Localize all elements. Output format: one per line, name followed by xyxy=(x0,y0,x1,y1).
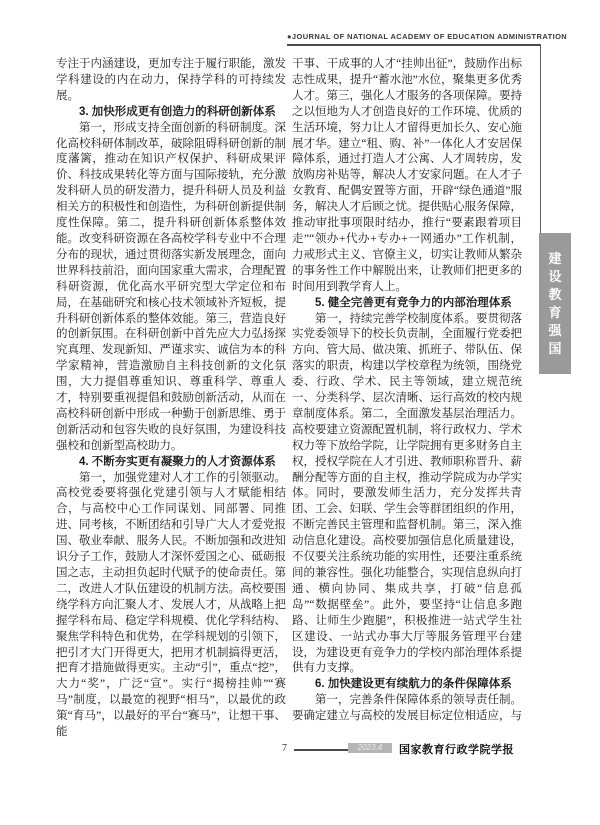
paragraph: 第一，持续完善学校制度体系。要贯彻落实党委领导下的校长负责制，全面履行党委把方向… xyxy=(292,312,522,678)
paragraph: 干事、干成事的人才“挂帅出征”，鼓励作出标志性成果，提升“蓄水池”水位，聚集更多… xyxy=(292,57,522,296)
issue-badge: 2023.4 xyxy=(348,743,392,753)
paragraph: 专注于内涵建设，更加专注于履行职能，激发学科建设的内在动力，保持学科的可持续发展… xyxy=(56,57,286,105)
section-heading: 4. 不断夯实更有凝聚力的人才资源体系 xyxy=(56,455,286,471)
margin-rule xyxy=(540,44,541,233)
header-rule xyxy=(287,44,541,46)
text-column-right: 干事、干成事的人才“挂帅出征”，鼓励作出标志性成果，提升“蓄水池”水位，聚集更多… xyxy=(292,57,522,725)
page-footer: 7 2023.4 国家教育行政学院学报 xyxy=(0,741,600,759)
section-heading: 5. 健全完善更有竞争力的内部治理体系 xyxy=(292,296,522,312)
section-tab-char: 设 xyxy=(548,270,561,283)
section-tab: 建设教育强国 xyxy=(539,233,571,374)
footer-rule xyxy=(294,749,348,751)
journal-title-en: ●JOURNAL OF NATIONAL ACADEMY OF EDUCATIO… xyxy=(287,32,567,41)
paragraph: 第一，形成支持全面创新的科研制度。深化高校科研体制改革，破除阻碍科研创新的制度藩… xyxy=(56,121,286,455)
journal-page: ●JOURNAL OF NATIONAL ACADEMY OF EDUCATIO… xyxy=(0,0,600,825)
section-heading: 6. 加快建设更有续航力的条件保障体系 xyxy=(292,677,522,693)
section-tab-char: 教 xyxy=(548,288,561,301)
section-tab-char: 育 xyxy=(548,306,561,319)
page-number: 7 xyxy=(282,743,287,754)
section-tab-char: 建 xyxy=(548,252,561,265)
section-tab-char: 国 xyxy=(548,342,561,355)
text-column-left: 专注于内涵建设，更加专注于履行职能，激发学科建设的内在动力，保持学科的可持续发展… xyxy=(56,57,286,741)
paragraph: 第一，完善条件保障体系的领导责任制。要确定建立与高校的发展目标定位相适应，与 xyxy=(292,693,522,725)
section-heading: 3. 加快形成更有创造力的科研创新体系 xyxy=(56,105,286,121)
section-tab-char: 强 xyxy=(548,324,561,337)
paragraph: 第一，加强党建对人才工作的引领驱动。高校党委要将强化党建引领与人才赋能相结合，与… xyxy=(56,471,286,741)
journal-title-cn: 国家教育行政学院学报 xyxy=(399,741,514,757)
